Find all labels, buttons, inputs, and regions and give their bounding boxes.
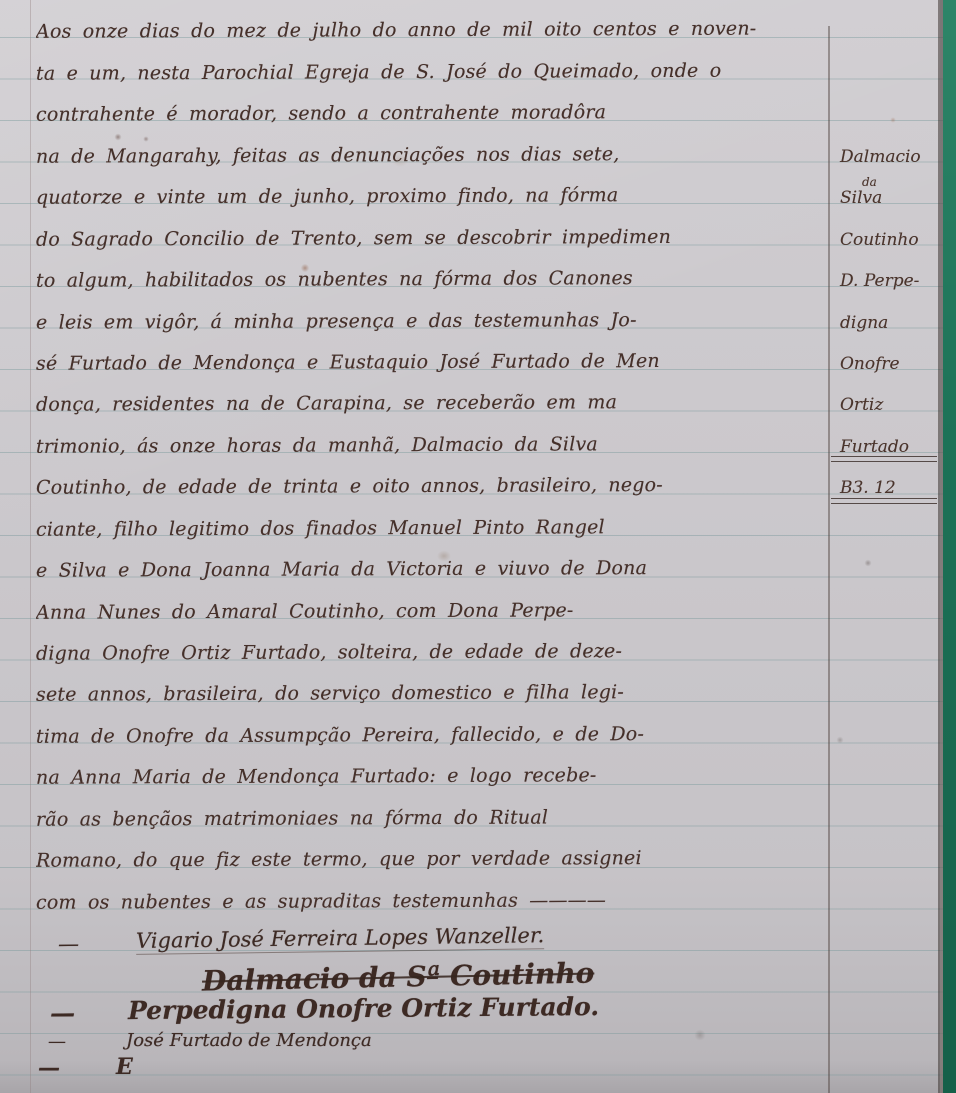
line-main-text: sé Furtado de Mendonça e Eustaquio José … — [36, 349, 826, 379]
text-line: rão as bençãos matrimoniaes na fórma do … — [36, 792, 940, 833]
margin-note: Coutinho — [840, 230, 952, 250]
line-main-text: tima de Onofre da Assumpção Pereira, fal… — [36, 722, 826, 752]
margin-note-text: Ortiz — [840, 395, 883, 415]
text-line: to algum, habilitados os nubentes na fór… — [36, 254, 940, 295]
line-main-text: e Silva e Dona Joanna Maria da Victoria … — [36, 556, 826, 586]
margin-note: Furtado — [840, 437, 952, 457]
line-main-text: contrahente é morador, sendo a contrahen… — [36, 101, 826, 131]
margin-note-text: Coutinho — [840, 230, 919, 250]
text-line: donça, residentes na de Carapina, se rec… — [36, 378, 940, 419]
line-main-text: e leis em vigôr, á minha presença e das … — [36, 308, 826, 338]
line-main-text: digna Onofre Ortiz Furtado, solteira, de… — [36, 639, 826, 669]
text-line: do Sagrado Concilio de Trento, sem se de… — [36, 212, 940, 253]
margin-note: B3. 12 — [840, 478, 952, 498]
margin-note-text: Dalmacio — [840, 147, 921, 167]
line-main-text: na de Mangarahy, feitas as denunciações … — [36, 142, 826, 172]
margin-note-superscript: da — [862, 175, 877, 189]
text-line: sete annos, brasileira, do serviço domes… — [36, 668, 940, 709]
line-main-text: Aos onze dias do mez de julho do anno de… — [36, 18, 826, 48]
line-main-text: Anna Nunes do Amaral Coutinho, com Dona … — [36, 598, 826, 628]
signature-row: —José Furtado de Mendonça — [48, 1030, 916, 1052]
margin-note-text: Onofre — [840, 354, 900, 374]
text-line: contrahente é morador, sendo a contrahen… — [36, 88, 940, 129]
signature-lead-dash — [124, 983, 202, 985]
text-line: Anna Nunes do Amaral Coutinho, com Dona … — [36, 585, 940, 626]
signature-lead-dash: — — [38, 1055, 116, 1081]
signature-lead-dash: — — [58, 930, 136, 955]
line-main-text: do Sagrado Concilio de Trento, sem se de… — [36, 225, 826, 255]
record-text: Aos onze dias do mez de julho do anno de… — [36, 5, 940, 917]
line-main-text: donça, residentes na de Carapina, se rec… — [36, 391, 826, 421]
signature-text: Vigario José Ferreira Lopes Wanzeller. — [136, 923, 545, 955]
margin-note: D. Perpe- — [840, 271, 952, 291]
signature-text: Dalmacio da Sª Coutinho — [202, 956, 595, 997]
line-main-text: trimonio, ás onze horas da manhã, Dalmac… — [36, 432, 826, 462]
text-line: sé Furtado de Mendonça e Eustaquio José … — [36, 337, 940, 378]
signature-lead-dash: — — [50, 998, 128, 1028]
signature-text: Perpedigna Onofre Ortiz Furtado. — [128, 992, 599, 1025]
margin-note-text: Silva — [840, 188, 882, 208]
margin-note-text: digna — [840, 313, 888, 333]
line-main-text: ta e um, nesta Parochial Egreja de S. Jo… — [36, 59, 826, 89]
line-main-text: na Anna Maria de Mendonça Furtado: e log… — [36, 764, 826, 794]
text-line: e leis em vigôr, á minha presença e das … — [36, 295, 940, 336]
text-line: na Anna Maria de Mendonça Furtado: e log… — [36, 751, 940, 792]
margin-note-text: D. Perpe- — [840, 271, 919, 291]
margin-note: Onofre — [840, 354, 952, 374]
signature-lead-dash: — — [48, 1031, 126, 1052]
text-line: Coutinho, de edade de trinta e oito anno… — [36, 461, 940, 502]
text-line: e Silva e Dona Joanna Maria da Victoria … — [36, 544, 940, 585]
margin-note: Ortiz — [840, 395, 952, 415]
text-line: na de Mangarahy, feitas as denunciações … — [36, 129, 940, 170]
signature-row: —Vigario José Ferreira Lopes Wanzeller. — [58, 918, 916, 956]
line-main-text: Romano, do que fiz este termo, que por v… — [36, 846, 826, 876]
line-main-text: sete annos, brasileira, do serviço domes… — [36, 681, 826, 711]
text-line: Aos onze dias do mez de julho do anno de… — [36, 5, 940, 46]
text-line: Romano, do que fiz este termo, que por v… — [36, 834, 940, 875]
signature-row: —Perpedigna Onofre Ortiz Furtado. — [50, 989, 916, 1028]
text-line: trimonio, ás onze horas da manhã, Dalmac… — [36, 419, 940, 460]
text-line: quatorze e vinte um de junho, proximo fi… — [36, 171, 940, 212]
text-line: digna Onofre Ortiz Furtado, solteira, de… — [36, 627, 940, 668]
text-line: ciante, filho legitimo dos finados Manue… — [36, 502, 940, 543]
margin-note-text: B3. 12 — [840, 478, 896, 498]
manuscript-page: Aos onze dias do mez de julho do anno de… — [0, 0, 956, 1093]
margin-note: Dalmacio — [840, 147, 952, 167]
signature-row: —E — [38, 1054, 916, 1081]
line-main-text: rão as bençãos matrimoniaes na fórma do … — [36, 805, 826, 835]
margin-note: daSilva — [840, 188, 952, 208]
margin-note: digna — [840, 313, 952, 333]
margin-note-text: Furtado — [840, 437, 909, 457]
line-main-text: to algum, habilitados os nubentes na fór… — [36, 266, 826, 296]
line-main-text: Coutinho, de edade de trinta e oito anno… — [36, 474, 826, 504]
text-line: tima de Onofre da Assumpção Pereira, fal… — [36, 709, 940, 750]
signature-text: E — [116, 1054, 133, 1080]
line-main-text: quatorze e vinte um de junho, proximo fi… — [36, 183, 826, 213]
line-main-text: ciante, filho legitimo dos finados Manue… — [36, 515, 826, 545]
signature-text: José Furtado de Mendonça — [126, 1030, 372, 1051]
signature-block: —Vigario José Ferreira Lopes Wanzeller. … — [28, 908, 916, 1081]
text-line: ta e um, nesta Parochial Egreja de S. Jo… — [36, 46, 940, 87]
